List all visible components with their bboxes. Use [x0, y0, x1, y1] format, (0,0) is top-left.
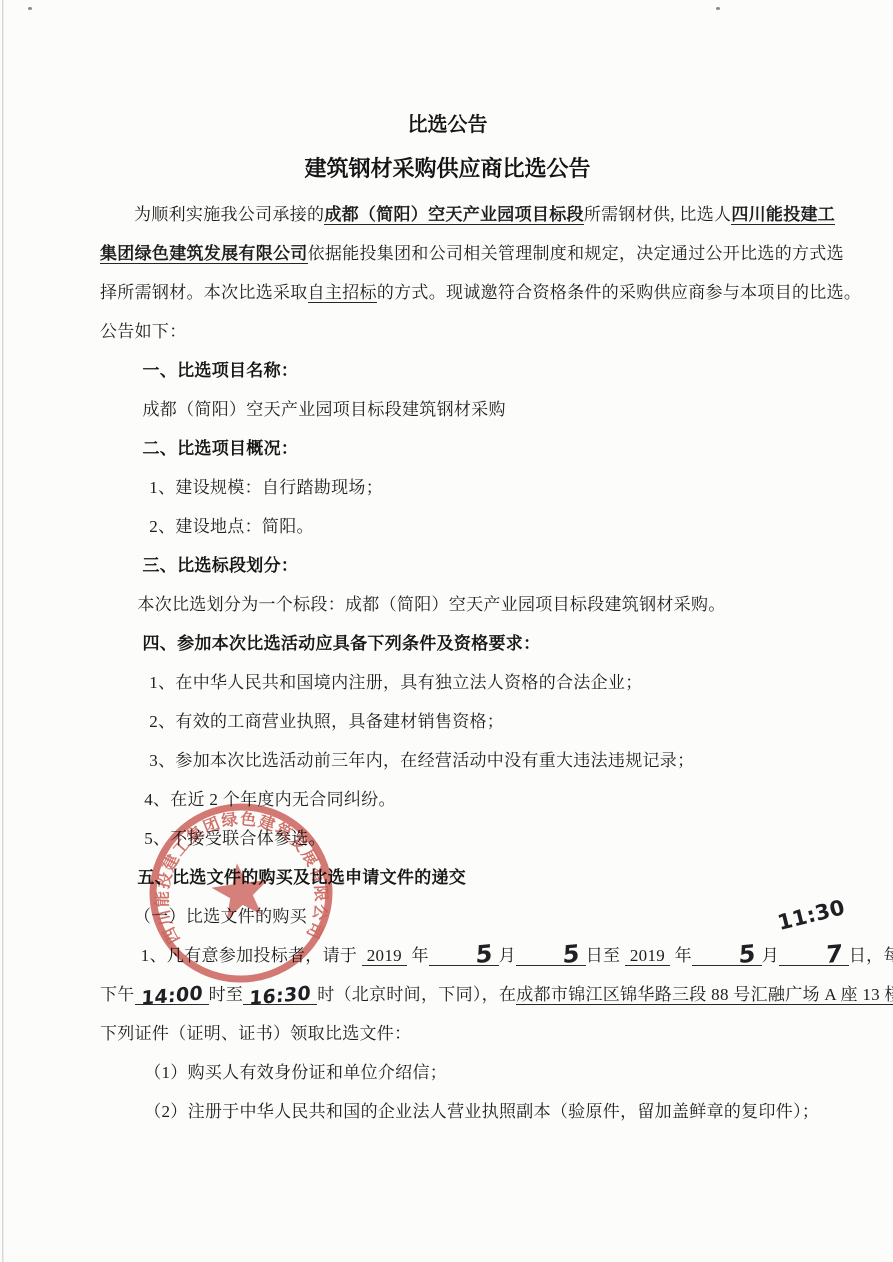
purchase-text: 时（北京时间，下同），在 — [317, 985, 516, 1004]
cert-item-2: （2）注册于中华人民共和国的企业法人营业执照副本（验原件，留加盖鲜章的复印件）； — [100, 1092, 795, 1131]
intro-text: 为顺利实施我公司承接的 — [134, 205, 324, 224]
section-1-content: 成都（简阳）空天产业园项目标段建筑钢材采购 — [100, 390, 795, 429]
section-2-item-2: 2、建设地点：简阳。 — [100, 507, 795, 546]
purchase-cert-intro-line: 下列证件（证明、证书）领取比选文件： — [100, 1014, 795, 1053]
handwritten-month-2: 5 — [696, 941, 757, 970]
year-field-1: 2019 — [362, 946, 407, 966]
section-4-item-1: 1、在中华人民共和国境内注册，具有独立法人资格的合法企业； — [100, 663, 795, 702]
intro-text: 所需钢材供, 比选人 — [584, 205, 732, 224]
purchase-text: 年 — [670, 946, 692, 965]
handwritten-day-2: 7 — [784, 941, 845, 970]
scan-artifact — [28, 7, 32, 10]
section-2-heading: 二、比选项目概况： — [100, 429, 795, 468]
main-title: 比选公告 — [100, 112, 795, 138]
purchase-text: 月 — [499, 946, 516, 965]
handwritten-day-1: 5 — [520, 941, 581, 970]
intro-line-4: 公告如下： — [100, 312, 795, 351]
section-3-heading: 三、比选标段划分： — [100, 546, 795, 585]
intro-line-2: 集团绿色建筑发展有限公司依据能投集团和公司相关管理制度和规定，决定通过公开比选的… — [100, 234, 795, 273]
intro-line-1: 为顺利实施我公司承接的成都（简阳）空天产业园项目标段所需钢材供, 比选人四川能投… — [100, 195, 795, 234]
section-4-heading: 四、参加本次比选活动应具备下列条件及资格要求： — [100, 624, 795, 663]
year-field-2: 2019 — [625, 946, 670, 966]
scan-edge-artifact — [2, 0, 4, 1262]
company-seal: 四川能投建工集团绿色建筑发展有限公司 — [134, 788, 348, 999]
seal-star — [209, 859, 273, 921]
section-2-item-1: 1、建设规模：自行踏勘现场； — [100, 468, 795, 507]
purchase-text: 日至 — [586, 946, 625, 965]
sub-title: 建筑钢材采购供应商比选公告 — [100, 155, 795, 183]
intro-company-name-part1: 四川能投建工 — [731, 205, 835, 225]
intro-text: 依据能投集团和公司相关管理制度和规定，决定通过公开比选的方式选 — [308, 244, 844, 263]
purchase-text: 下午 — [100, 985, 135, 1004]
intro-bid-method: 自主招标 — [308, 283, 377, 303]
section-4-item-3: 3、参加本次比选活动前三年内，在经营活动中没有重大违法违规记录； — [100, 741, 795, 780]
address-field: 成都市锦江区锦华路三段 88 号汇融广场 A 座 13 楼 — [516, 985, 893, 1005]
intro-text: 择所需钢材。本次比选采取 — [100, 283, 308, 302]
handwritten-time-pm-end: 16:30 — [248, 984, 313, 1009]
intro-company-name-part2: 集团绿色建筑发展有限公司 — [100, 244, 308, 264]
intro-project-name: 成都（简阳）空天产业园项目标段 — [324, 205, 584, 225]
cert-item-1: （1）购买人有效身份证和单位介绍信； — [100, 1053, 795, 1092]
handwritten-month-1: 5 — [433, 941, 494, 970]
intro-line-3: 择所需钢材。本次比选采取自主招标的方式。现诚邀符合资格条件的采购供应商参与本项目… — [100, 273, 795, 312]
section-1-heading: 一、比选项目名称： — [100, 351, 795, 390]
document-page: 比选公告 建筑钢材采购供应商比选公告 为顺利实施我公司承接的成都（简阳）空天产业… — [0, 0, 893, 1262]
section-3-content: 本次比选划分为一个标段：成都（简阳）空天产业园项目标段建筑钢材采购。 — [100, 585, 795, 624]
purchase-text: 日，每日上午 — [849, 946, 893, 965]
section-4-item-2: 2、有效的工商营业执照，具备建材销售资格； — [100, 702, 795, 741]
intro-text: 的方式。现诚邀符合资格条件的采购供应商参与本项目的比选。 — [377, 283, 861, 302]
purchase-text: 年 — [407, 946, 429, 965]
purchase-text: 月 — [762, 946, 779, 965]
